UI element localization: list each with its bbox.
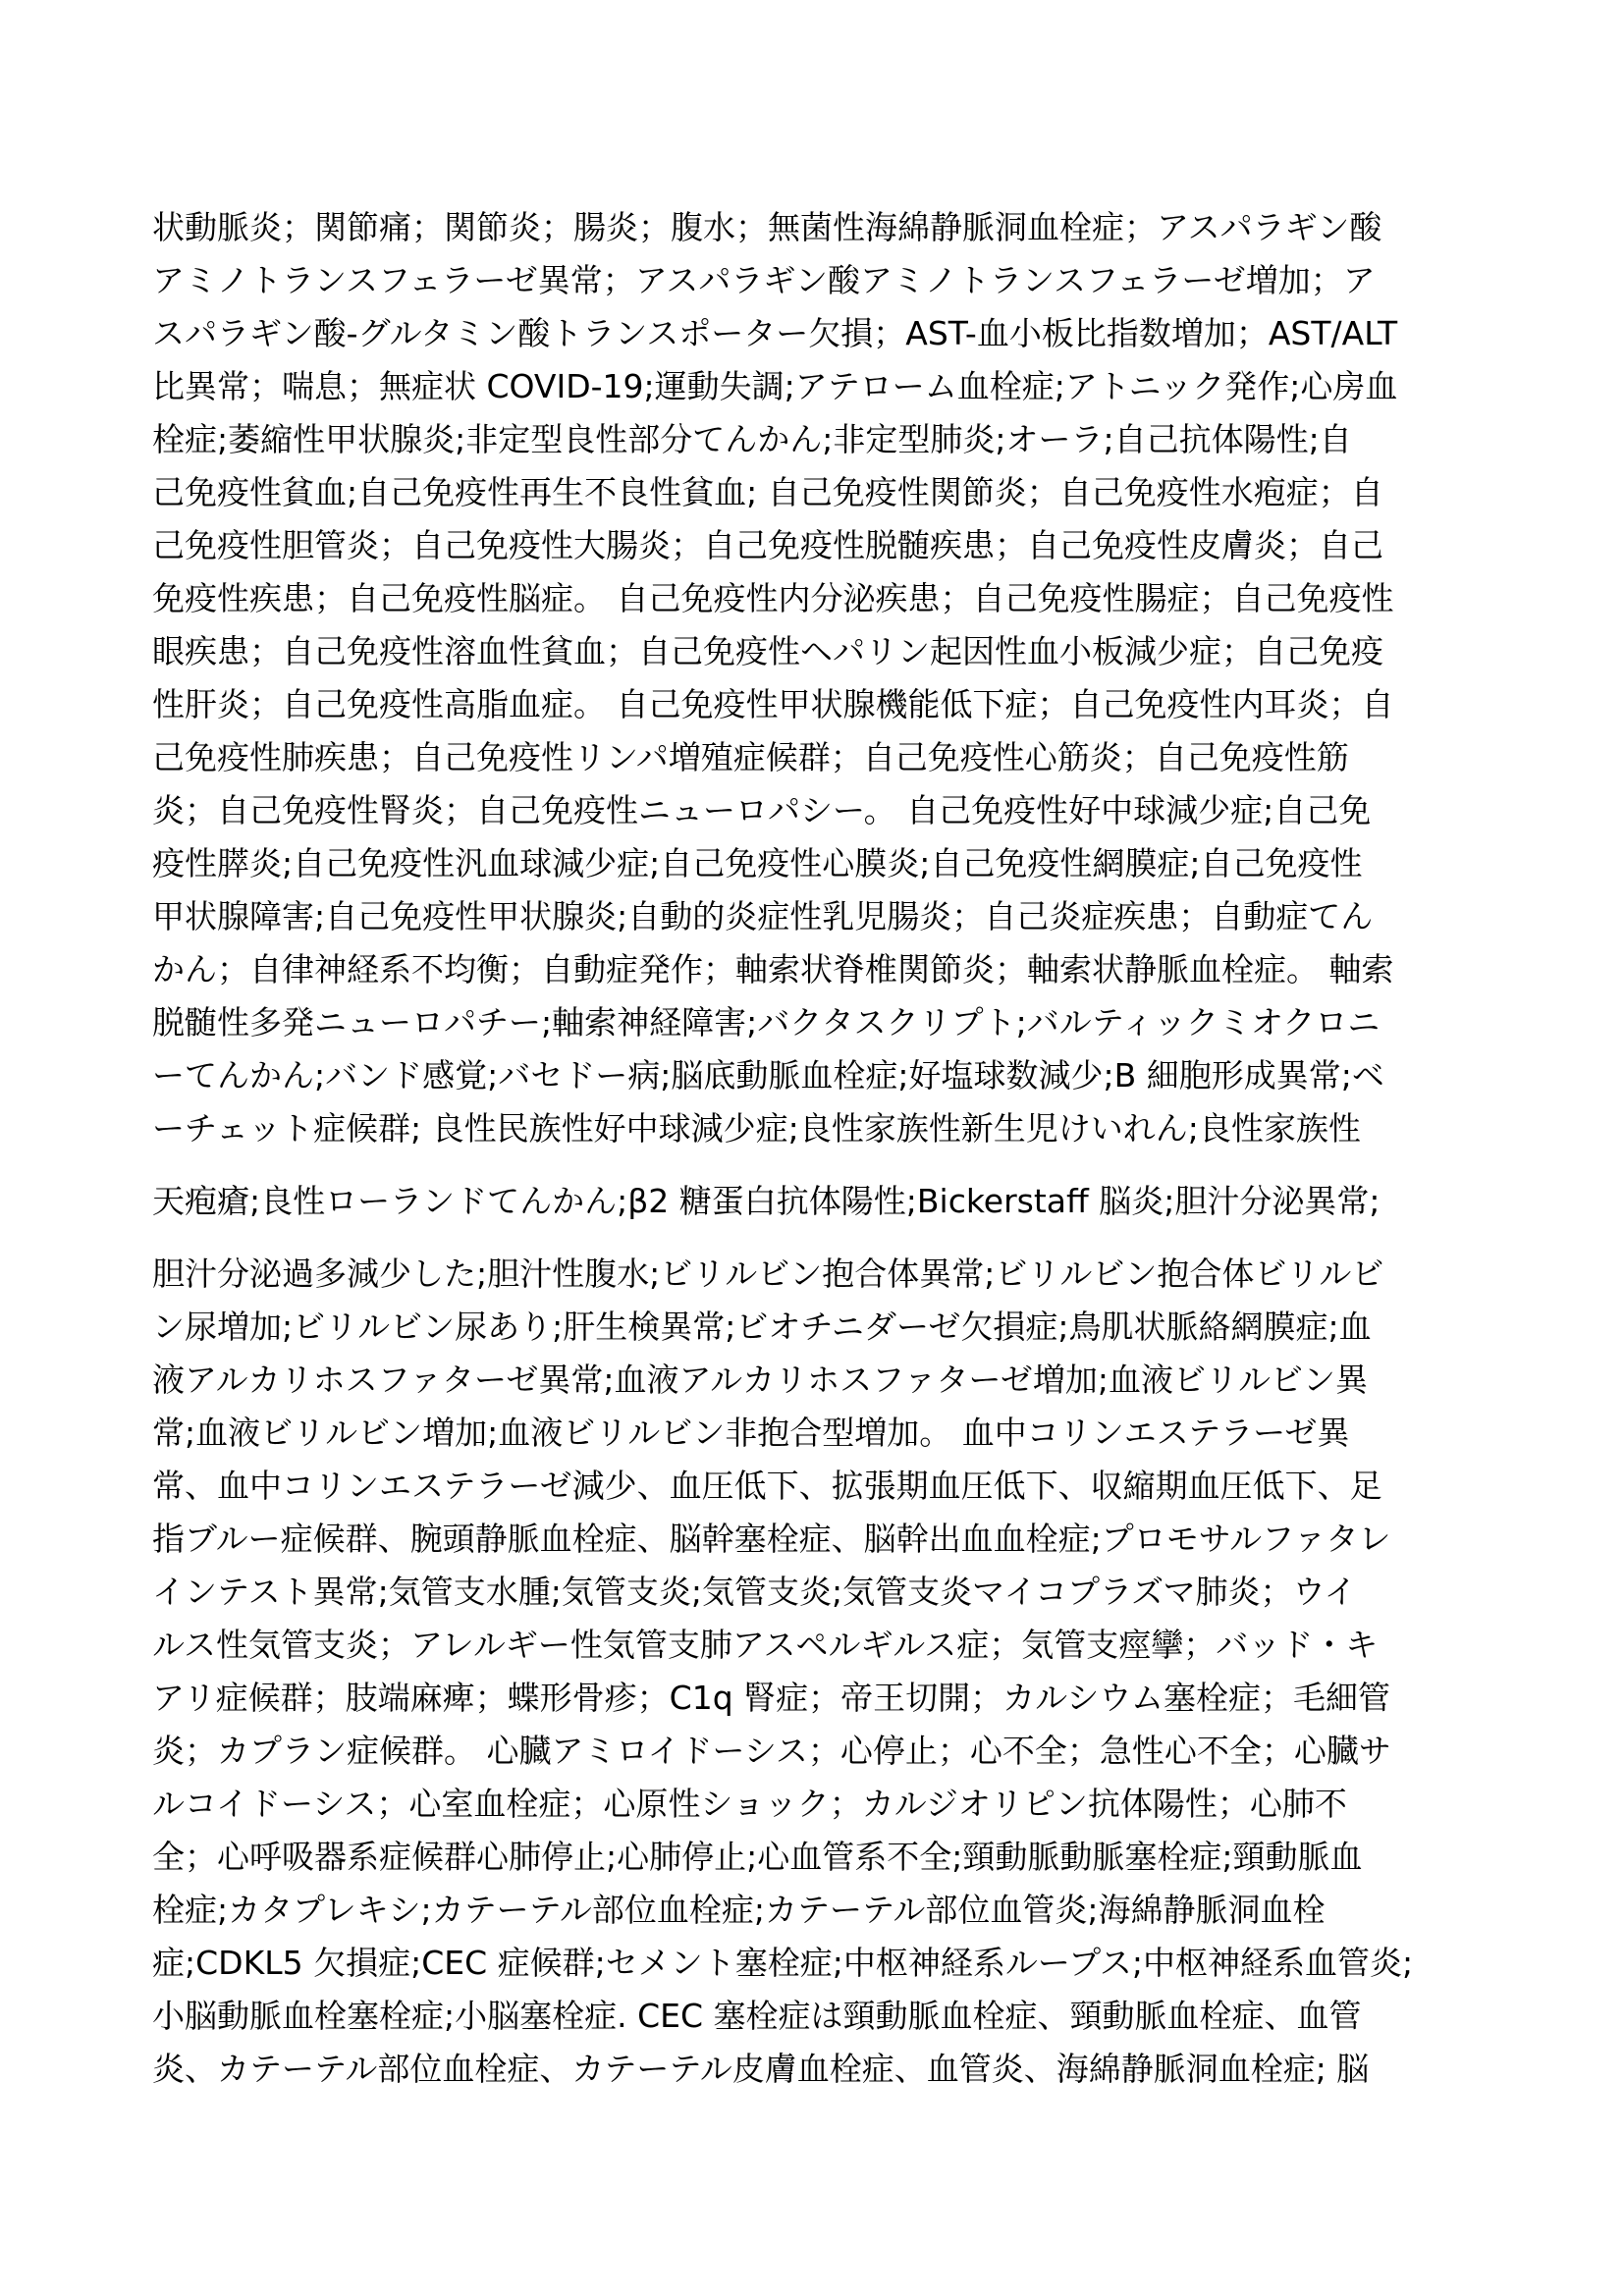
text-line: 胆汁分泌過多減少した;胆汁性腹水;ビリルビン抱合体異常;ビリルビン抱合体ビリルビ bbox=[152, 1248, 1488, 1301]
text-line: 性肝炎；自己免疫性高脂血症。 自己免疫性甲状腺機能低下症；自己免疫性内耳炎；自 bbox=[152, 678, 1488, 731]
text-line: インテスト異常;気管支水腫;気管支炎;気管支炎;気管支炎マイコプラズマ肺炎；ウイ bbox=[152, 1566, 1488, 1619]
text-line: 免疫性疾患；自己免疫性脳症。 自己免疫性内分泌疾患；自己免疫性腸症；自己免疫性 bbox=[152, 572, 1488, 625]
text-line: 小脳動脈血栓塞栓症;小脳塞栓症. CEC 塞栓症は頸動脈血栓症、頸動脈血栓症、血… bbox=[152, 1990, 1488, 2043]
text-line: 常、血中コリンエステラーゼ減少、血圧低下、拡張期血圧低下、収縮期血圧低下、足 bbox=[152, 1460, 1488, 1513]
text-line: 己免疫性肺疾患；自己免疫性リンパ増殖症候群；自己免疫性心筋炎；自己免疫性筋 bbox=[152, 731, 1488, 784]
text-line: 全；心呼吸器系症候群心肺停止;心肺停止;心血管系不全;頸動脈動脈塞栓症;頸動脈血 bbox=[152, 1831, 1488, 1884]
text-line: 眼疾患；自己免疫性溶血性貧血；自己免疫性ヘパリン起因性血小板減少症；自己免疫 bbox=[152, 625, 1488, 678]
text-line: 甲状腺障害;自己免疫性甲状腺炎;自動的炎症性乳児腸炎；自己炎症疾患；自動症てん bbox=[152, 890, 1488, 943]
document-page: 状動脈炎；関節痛；関節炎；腸炎；腹水；無菌性海綿静脈洞血栓症；アスパラギン酸 ア… bbox=[152, 201, 1488, 2096]
text-line: 天疱瘡;良性ローランドてんかん;β2 糖蛋白抗体陽性;Bickerstaff 脳… bbox=[152, 1175, 1488, 1228]
text-line: アミノトランスフェラーゼ異常；アスパラギン酸アミノトランスフェラーゼ増加；ア bbox=[152, 254, 1488, 307]
text-line: 己免疫性貧血;自己免疫性再生不良性貧血; 自己免疫性関節炎；自己免疫性水疱症；自 bbox=[152, 466, 1488, 519]
text-line: 液アルカリホスファターゼ異常;血液アルカリホスファターゼ増加;血液ビリルビン異 bbox=[152, 1354, 1488, 1407]
text-line: 疫性膵炎;自己免疫性汎血球減少症;自己免疫性心膜炎;自己免疫性網膜症;自己免疫性 bbox=[152, 837, 1488, 890]
text-line: 指ブルー症候群、腕頭静脈血栓症、脳幹塞栓症、脳幹出血血栓症;プロモサルファタレ bbox=[152, 1513, 1488, 1566]
text-line: スパラギン酸-グルタミン酸トランスポーター欠損；AST-血小板比指数増加；AST… bbox=[152, 307, 1488, 360]
text-line: ーてんかん;バンド感覚;バセドー病;脳底動脈血栓症;好塩球数減少;B 細胞形成異… bbox=[152, 1049, 1488, 1102]
text-line: 栓症;萎縮性甲状腺炎;非定型良性部分てんかん;非定型肺炎;オーラ;自己抗体陽性;… bbox=[152, 413, 1488, 466]
text-line: 症;CDKL5 欠損症;CEC 症候群;セメント塞栓症;中枢神経系ループス;中枢… bbox=[152, 1937, 1488, 1990]
text-line: 常;血液ビリルビン増加;血液ビリルビン非抱合型増加。 血中コリンエステラーゼ異 bbox=[152, 1407, 1488, 1460]
text-line: アリ症候群；肢端麻痺；蝶形骨疹；C1q 腎症；帝王切開；カルシウム塞栓症；毛細管 bbox=[152, 1672, 1488, 1725]
text-line: 比異常；喘息；無症状 COVID-19;運動失調;アテローム血栓症;アトニック発… bbox=[152, 360, 1488, 413]
text-line: 脱髄性多発ニューロパチー;軸索神経障害;バクタスクリプト;バルティックミオクロニ bbox=[152, 996, 1488, 1049]
text-line: 栓症;カタプレキシ;カテーテル部位血栓症;カテーテル部位血管炎;海綿静脈洞血栓 bbox=[152, 1884, 1488, 1937]
text-line: 炎、カテーテル部位血栓症、カテーテル皮膚血栓症、血管炎、海綿静脈洞血栓症; 脳 bbox=[152, 2043, 1488, 2096]
text-line: 己免疫性胆管炎；自己免疫性大腸炎；自己免疫性脱髄疾患；自己免疫性皮膚炎；自己 bbox=[152, 519, 1488, 572]
text-line: ルス性気管支炎；アレルギー性気管支肺アスペルギルス症；気管支痙攣；バッド・キ bbox=[152, 1619, 1488, 1672]
text-line: かん；自律神経系不均衡；自動症発作；軸索状脊椎関節炎；軸索状静脈血栓症。 軸索 bbox=[152, 943, 1488, 996]
text-line: ルコイドーシス；心室血栓症；心原性ショック；カルジオリピン抗体陽性；心肺不 bbox=[152, 1778, 1488, 1831]
text-line: 炎；カプラン症候群。 心臓アミロイドーシス；心停止；心不全；急性心不全；心臓サ bbox=[152, 1725, 1488, 1778]
text-line: 状動脈炎；関節痛；関節炎；腸炎；腹水；無菌性海綿静脈洞血栓症；アスパラギン酸 bbox=[152, 201, 1488, 254]
text-line: 炎；自己免疫性腎炎；自己免疫性ニューロパシー。 自己免疫性好中球減少症;自己免 bbox=[152, 784, 1488, 837]
text-line: ン尿増加;ビリルビン尿あり;肝生検異常;ビオチニダーゼ欠損症;鳥肌状脈絡網膜症;… bbox=[152, 1301, 1488, 1354]
text-line: ーチェット症候群; 良性民族性好中球減少症;良性家族性新生児けいれん;良性家族性 bbox=[152, 1102, 1488, 1155]
